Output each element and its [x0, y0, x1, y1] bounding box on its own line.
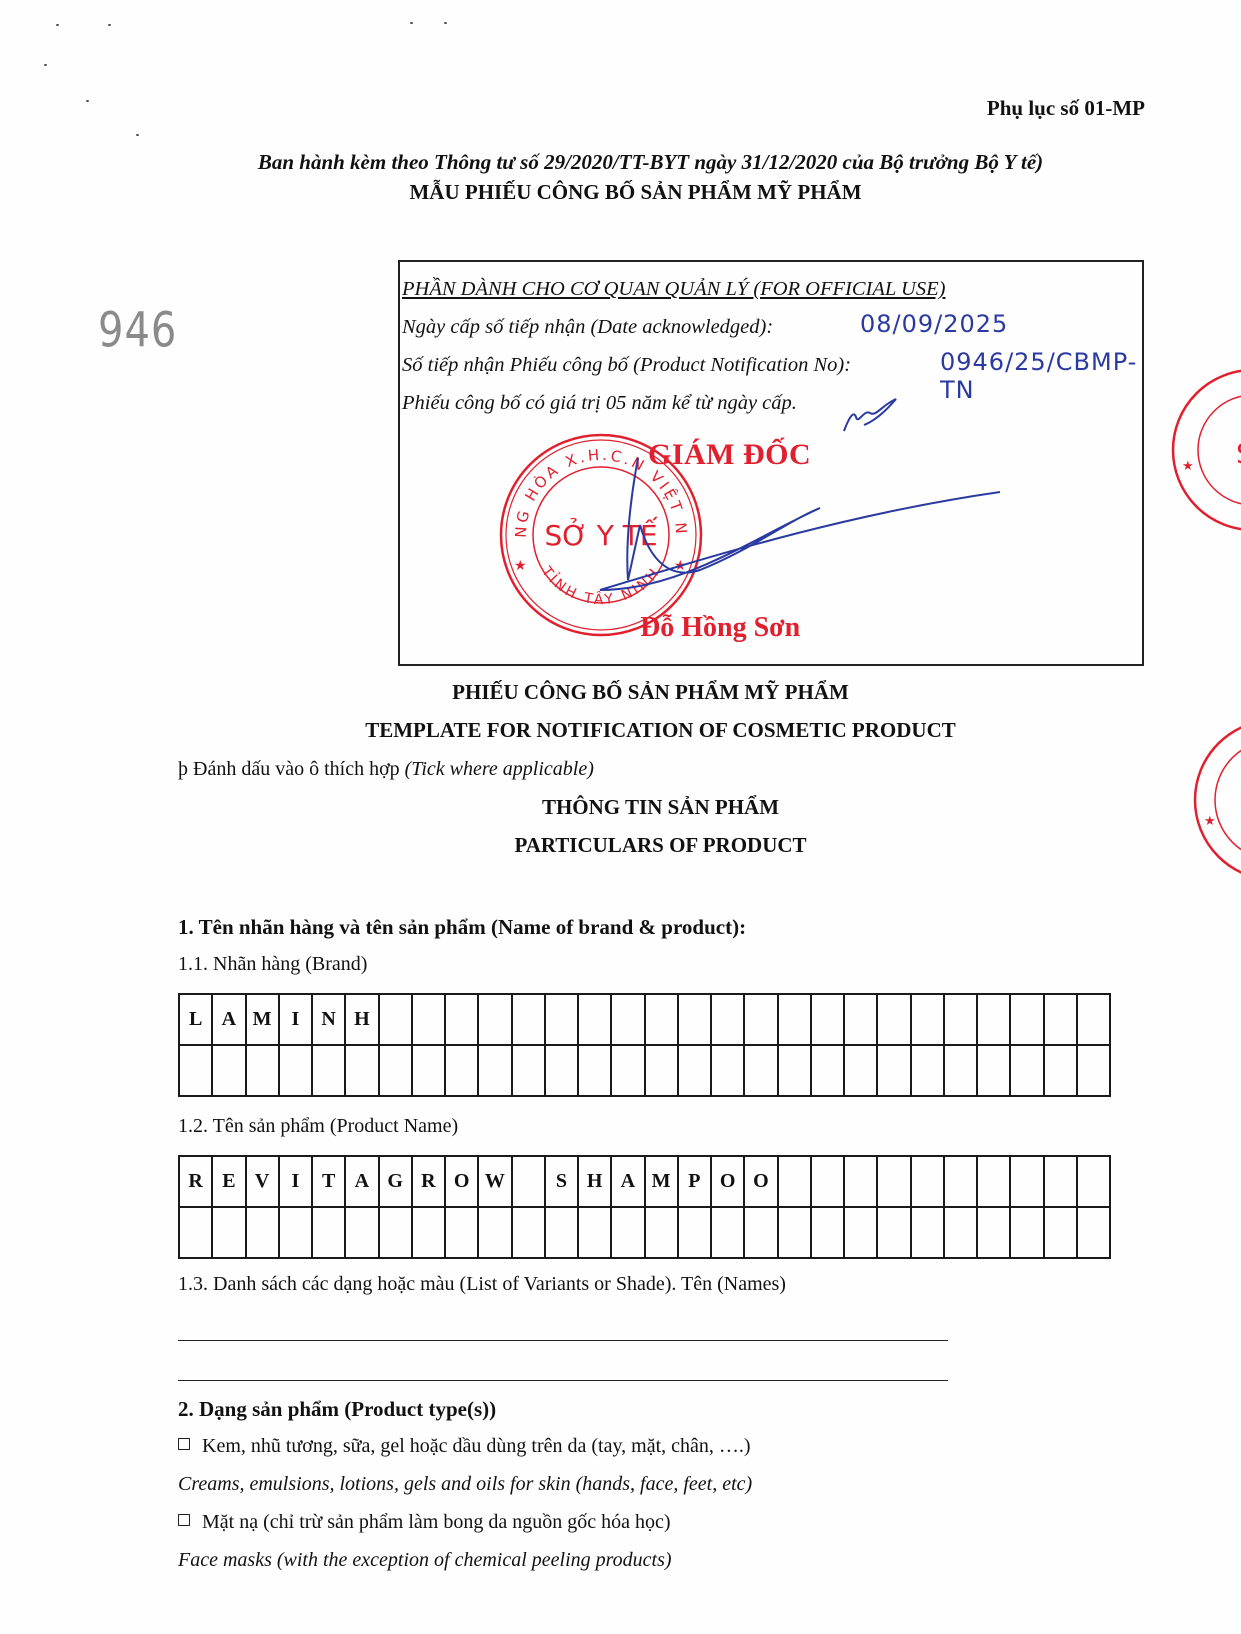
letter-cell[interactable] — [512, 994, 545, 1045]
letter-cell[interactable]: S — [545, 1156, 578, 1207]
letter-cell[interactable] — [977, 994, 1010, 1045]
letter-cell[interactable]: H — [345, 994, 378, 1045]
notification-title-vn: PHIẾU CÔNG BỐ SẢN PHẨM MỸ PHẨM — [0, 680, 1241, 705]
letter-cell[interactable] — [811, 1156, 844, 1207]
letter-cell[interactable] — [744, 994, 777, 1045]
letter-cell[interactable] — [312, 1045, 345, 1096]
letter-cell[interactable] — [1077, 1045, 1110, 1096]
letter-cell[interactable] — [944, 1156, 977, 1207]
brand-label: 1.1. Nhãn hàng (Brand) — [178, 953, 367, 976]
letter-cell[interactable] — [911, 1045, 944, 1096]
product-type-option-face-masks[interactable]: Mặt nạ (chỉ trừ sản phẩm làm bong da ngu… — [178, 1511, 671, 1534]
letter-cell[interactable] — [877, 1207, 910, 1258]
letter-cell[interactable] — [744, 1207, 777, 1258]
notification-number-value: 0946/25/CBMP-TN — [940, 348, 1142, 404]
letter-cell[interactable] — [478, 994, 511, 1045]
letter-cell[interactable] — [478, 1045, 511, 1096]
letter-cell[interactable]: G — [379, 1156, 412, 1207]
variants-line-1[interactable] — [178, 1340, 948, 1341]
letter-cell[interactable] — [279, 1045, 312, 1096]
letter-cell[interactable] — [345, 1207, 378, 1258]
letter-cell[interactable] — [944, 1207, 977, 1258]
letter-cell[interactable] — [512, 1045, 545, 1096]
letter-cell[interactable] — [645, 1207, 678, 1258]
letter-cell[interactable] — [877, 1045, 910, 1096]
letter-cell[interactable]: L — [179, 994, 212, 1045]
notification-title-en: TEMPLATE FOR NOTIFICATION OF COSMETIC PR… — [0, 718, 1241, 743]
letter-cell[interactable] — [379, 994, 412, 1045]
svg-text:★: ★ — [1182, 458, 1194, 473]
letter-cell[interactable] — [578, 1207, 611, 1258]
letter-cell[interactable] — [578, 1045, 611, 1096]
form-title: MẪU PHIẾU CÔNG BỐ SẢN PHẨM MỸ PHẨM — [0, 180, 1241, 205]
svg-text:★: ★ — [514, 559, 527, 574]
letter-cell[interactable] — [911, 1156, 944, 1207]
letter-cell[interactable] — [611, 994, 644, 1045]
date-acknowledged-label: Ngày cấp số tiếp nhận (Date acknowledged… — [402, 316, 773, 339]
letter-cell[interactable] — [545, 994, 578, 1045]
letter-cell[interactable] — [977, 1045, 1010, 1096]
letter-cell[interactable] — [1044, 1156, 1077, 1207]
tick-instruction-en: (Tick where applicable) — [405, 758, 594, 780]
letter-cell[interactable]: M — [645, 1156, 678, 1207]
svg-text:S: S — [1236, 437, 1241, 470]
validity-note: Phiếu công bố có giá trị 05 năm kể từ ng… — [402, 392, 797, 415]
option-label-vn: Mặt nạ (chỉ trừ sản phẩm làm bong da ngu… — [202, 1511, 671, 1533]
letter-cell[interactable] — [345, 1045, 378, 1096]
handwritten-margin-number: 946 — [98, 303, 177, 358]
letter-cell[interactable]: P — [678, 1156, 711, 1207]
checkbox-icon[interactable] — [178, 1438, 190, 1450]
letter-cell[interactable] — [412, 1207, 445, 1258]
letter-cell[interactable]: H — [578, 1156, 611, 1207]
letter-cell[interactable] — [944, 1045, 977, 1096]
letter-cell[interactable] — [478, 1207, 511, 1258]
letter-cell[interactable] — [678, 994, 711, 1045]
letter-cell[interactable] — [578, 994, 611, 1045]
letter-cell[interactable]: W — [478, 1156, 511, 1207]
letter-cell[interactable] — [412, 1045, 445, 1096]
notification-number-label: Số tiếp nhận Phiếu công bố (Product Noti… — [402, 354, 851, 377]
letter-cell[interactable]: A — [212, 994, 245, 1045]
product-info-heading-en: PARTICULARS OF PRODUCT — [0, 833, 1241, 858]
letter-cell[interactable] — [445, 1045, 478, 1096]
letter-cell[interactable] — [279, 1207, 312, 1258]
letter-cell[interactable] — [744, 1045, 777, 1096]
letter-cell[interactable] — [412, 994, 445, 1045]
appendix-label: Phụ lục số 01-MP — [900, 96, 1145, 121]
letter-cell[interactable] — [778, 1045, 811, 1096]
letter-cell[interactable] — [811, 994, 844, 1045]
letter-cell[interactable] — [246, 1207, 279, 1258]
director-signature-icon — [580, 430, 1020, 630]
letter-cell[interactable] — [312, 1207, 345, 1258]
initials-icon — [840, 395, 900, 435]
letter-cell[interactable] — [611, 1207, 644, 1258]
letter-cell[interactable] — [445, 1207, 478, 1258]
option-label-en: Face masks (with the exception of chemic… — [178, 1549, 672, 1572]
scan-speck — [444, 22, 447, 24]
letter-cell[interactable] — [844, 1156, 877, 1207]
letter-cell[interactable] — [512, 1207, 545, 1258]
scan-speck — [136, 134, 139, 136]
letter-cell[interactable] — [645, 994, 678, 1045]
letter-cell[interactable] — [1077, 1156, 1110, 1207]
section-2-heading: 2. Dạng sản phẩm (Product type(s)) — [178, 1397, 496, 1422]
letter-cell[interactable] — [711, 1207, 744, 1258]
letter-cell[interactable] — [611, 1045, 644, 1096]
letter-cell[interactable]: R — [412, 1156, 445, 1207]
letter-cell[interactable]: I — [279, 1156, 312, 1207]
letter-cell[interactable]: N — [312, 994, 345, 1045]
product-name-label: 1.2. Tên sản phẩm (Product Name) — [178, 1115, 458, 1138]
letter-cell[interactable] — [811, 1045, 844, 1096]
letter-cell[interactable] — [545, 1207, 578, 1258]
letter-cell[interactable] — [1077, 1207, 1110, 1258]
letter-cell[interactable] — [1044, 994, 1077, 1045]
letter-cell[interactable] — [445, 994, 478, 1045]
option-label-en: Creams, emulsions, lotions, gels and oil… — [178, 1473, 752, 1496]
letter-cell[interactable] — [711, 994, 744, 1045]
letter-cell[interactable] — [911, 1207, 944, 1258]
checkbox-icon[interactable] — [178, 1514, 190, 1526]
letter-cell[interactable] — [944, 994, 977, 1045]
letter-cell[interactable]: A — [345, 1156, 378, 1207]
letter-cell[interactable]: V — [246, 1156, 279, 1207]
letter-cell[interactable] — [379, 1207, 412, 1258]
letter-cell[interactable] — [212, 1045, 245, 1096]
product-type-option-creams[interactable]: Kem, nhũ tương, sữa, gel hoặc dầu dùng t… — [178, 1435, 751, 1458]
letter-cell[interactable]: O — [445, 1156, 478, 1207]
letter-cell[interactable] — [877, 994, 910, 1045]
option-label-vn: Kem, nhũ tương, sữa, gel hoặc dầu dùng t… — [202, 1435, 751, 1457]
tick-instruction-text: þ Đánh dấu vào ô thích hợp — [178, 758, 405, 780]
variants-label: 1.3. Danh sách các dạng hoặc màu (List o… — [178, 1273, 786, 1296]
letter-cell[interactable] — [711, 1045, 744, 1096]
product-letter-grid: REVITAGROW SHAMPOO — [178, 1155, 1111, 1259]
letter-cell[interactable]: O — [744, 1156, 777, 1207]
official-use-heading: PHẦN DÀNH CHO CƠ QUAN QUẢN LÝ (FOR OFFIC… — [402, 278, 945, 301]
letter-cell[interactable] — [877, 1156, 910, 1207]
brand-letter-grid: LAMINH — [178, 993, 1111, 1097]
letter-cell[interactable] — [678, 1045, 711, 1096]
scan-speck — [108, 24, 111, 26]
scan-speck — [44, 64, 47, 66]
product-info-heading-vn: THÔNG TIN SẢN PHẨM — [0, 795, 1241, 820]
letter-cell[interactable] — [1010, 1156, 1043, 1207]
letter-cell[interactable]: A — [611, 1156, 644, 1207]
letter-cell[interactable] — [1010, 1207, 1043, 1258]
letter-cell[interactable]: T — [312, 1156, 345, 1207]
letter-cell[interactable] — [977, 1207, 1010, 1258]
letter-cell[interactable] — [179, 1045, 212, 1096]
letter-cell[interactable]: I — [279, 994, 312, 1045]
letter-cell[interactable] — [1044, 1045, 1077, 1096]
letter-cell[interactable] — [246, 1045, 279, 1096]
letter-cell[interactable]: M — [246, 994, 279, 1045]
letter-cell[interactable]: E — [212, 1156, 245, 1207]
letter-cell[interactable] — [645, 1045, 678, 1096]
letter-cell[interactable] — [512, 1156, 545, 1207]
letter-cell[interactable] — [778, 1156, 811, 1207]
letter-cell[interactable]: R — [179, 1156, 212, 1207]
letter-cell[interactable] — [179, 1207, 212, 1258]
letter-cell[interactable] — [844, 994, 877, 1045]
scan-speck — [86, 100, 89, 102]
letter-cell[interactable] — [1044, 1207, 1077, 1258]
letter-cell[interactable] — [678, 1207, 711, 1258]
letter-cell[interactable] — [811, 1207, 844, 1258]
letter-cell[interactable] — [977, 1156, 1010, 1207]
tick-instruction: þ Đánh dấu vào ô thích hợp (Tick where a… — [178, 758, 594, 781]
variants-line-2[interactable] — [178, 1380, 948, 1381]
letter-cell[interactable] — [778, 994, 811, 1045]
letter-cell[interactable] — [1077, 994, 1110, 1045]
side-stamp-icon: S ★ — [1168, 365, 1241, 535]
letter-cell[interactable] — [1010, 1045, 1043, 1096]
letter-cell[interactable] — [911, 994, 944, 1045]
letter-cell[interactable] — [379, 1045, 412, 1096]
letter-cell[interactable] — [1010, 994, 1043, 1045]
letter-cell[interactable] — [844, 1045, 877, 1096]
scan-speck — [410, 22, 413, 24]
date-acknowledged-value: 08/09/2025 — [860, 310, 1008, 338]
letter-cell[interactable] — [778, 1207, 811, 1258]
issued-with-note: Ban hành kèm theo Thông tư số 29/2020/TT… — [0, 150, 1241, 175]
letter-cell[interactable] — [212, 1207, 245, 1258]
letter-cell[interactable] — [844, 1207, 877, 1258]
letter-cell[interactable]: O — [711, 1156, 744, 1207]
scan-speck — [56, 24, 59, 26]
letter-cell[interactable] — [545, 1045, 578, 1096]
section-1-heading: 1. Tên nhãn hàng và tên sản phẩm (Name o… — [178, 915, 746, 940]
